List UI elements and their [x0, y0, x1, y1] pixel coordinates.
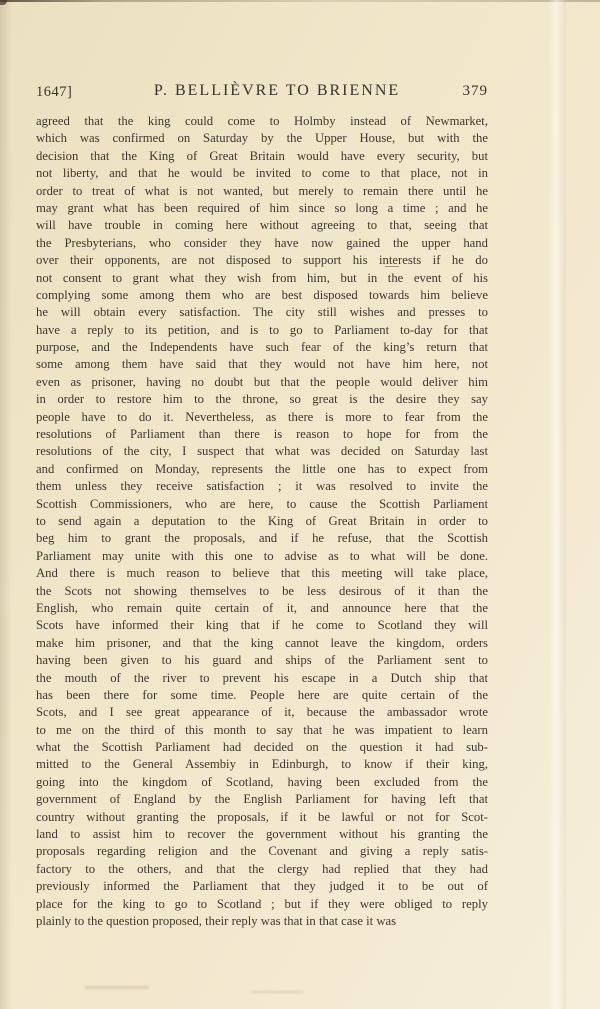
scan-smudge: [252, 991, 304, 993]
text-line: not consent to grant what they wish from…: [36, 270, 488, 287]
text-line: will have trouble in coming here without…: [36, 217, 488, 234]
text-line: to send again a deputation to the King o…: [36, 513, 488, 530]
text-line: some among them have said that they woul…: [36, 356, 488, 373]
text-line: which was confirmed on Saturday by the U…: [36, 130, 488, 147]
text-line: place for the king to go to Scotland ; b…: [36, 896, 488, 913]
text-line: Parliament may unite with this one to ad…: [36, 548, 488, 565]
print-artifact-mark: [385, 266, 399, 267]
text-line: order to treat of what is not wanted, bu…: [36, 183, 488, 200]
text-line: resolutions of Parliament than there is …: [36, 426, 488, 443]
text-line: country without granting the proposals, …: [36, 809, 488, 826]
header-year-label: 1647]: [36, 84, 72, 101]
text-line: over their opponents, are not disposed t…: [36, 252, 488, 269]
page-title: P. BELLIÈVRE TO BRIENNE: [154, 82, 400, 100]
book-page: 1647] P. BELLIÈVRE TO BRIENNE 379 agreed…: [0, 0, 600, 1009]
text-line: decision that the King of Great Britain …: [36, 148, 488, 165]
text-line: And there is much reason to believe that…: [36, 565, 488, 582]
text-line: previously informed the Parliament that …: [36, 878, 488, 895]
text-line: to me on the third of this month to say …: [36, 722, 488, 739]
text-line: and confirmed on Monday, represents the …: [36, 461, 488, 478]
text-line: plainly to the question proposed, their …: [36, 913, 488, 930]
text-line: have a reply to its petition, and is to …: [36, 322, 488, 339]
text-line: agreed that the king could come to Holmb…: [36, 113, 488, 130]
text-line: not liberty, and that he would be invite…: [36, 165, 488, 182]
text-line: in order to restore him to the throne, s…: [36, 391, 488, 408]
page-number: 379: [463, 83, 489, 100]
text-line: beg him to grant the proposals, and if h…: [36, 530, 488, 547]
text-line: government of England by the English Par…: [36, 791, 488, 808]
text-line: Scots, and I see great appearance of it,…: [36, 704, 488, 721]
text-line: English, who remain quite certain of it,…: [36, 600, 488, 617]
page-edge-highlight: [548, 0, 566, 1009]
text-line: even as prisoner, having no doubt but th…: [36, 374, 488, 391]
text-line: may grant what has been required of him …: [36, 200, 488, 217]
text-line: having been given to his guard and ships…: [36, 652, 488, 669]
text-line: the Presbyterians, who consider they hav…: [36, 235, 488, 252]
text-line: purpose, and the Independents have such …: [36, 339, 488, 356]
text-line: people have to do it. Nevertheless, as t…: [36, 409, 488, 426]
scan-edge-shadow-top: [0, 0, 600, 2]
text-line: Scottish Commissioners, who are here, to…: [36, 496, 488, 513]
text-line: has been there for some time. People her…: [36, 687, 488, 704]
text-line: the Scots not showing themselves to be l…: [36, 583, 488, 600]
text-line: mitted to the General Assembiy in Edinbu…: [36, 756, 488, 773]
scan-smudge: [85, 986, 149, 989]
text-line: what the Scottish Parliament had decided…: [36, 739, 488, 756]
text-line: resolutions of the city, I suspect that …: [36, 443, 488, 460]
text-line: Scots have informed their king that if h…: [36, 617, 488, 634]
text-line: factory to the others, and that the cler…: [36, 861, 488, 878]
letter-body: agreed that the king could come to Holmb…: [36, 113, 488, 930]
text-line: them unless they receive satisfaction ; …: [36, 478, 488, 495]
text-line: make him prisoner, and that the king can…: [36, 635, 488, 652]
running-header: 1647] P. BELLIÈVRE TO BRIENNE 379: [36, 82, 488, 104]
text-line: proposals regarding religion and the Cov…: [36, 843, 488, 860]
text-line: land to assist him to recover the govern…: [36, 826, 488, 843]
text-line: he will obtain every satisfaction. The c…: [36, 304, 488, 321]
text-line: complying some among them who are best d…: [36, 287, 488, 304]
text-line: going into the kingdom of Scotland, havi…: [36, 774, 488, 791]
page-gutter-shadow: [0, 0, 12, 1009]
text-line: the mouth of the river to prevent his es…: [36, 670, 488, 687]
